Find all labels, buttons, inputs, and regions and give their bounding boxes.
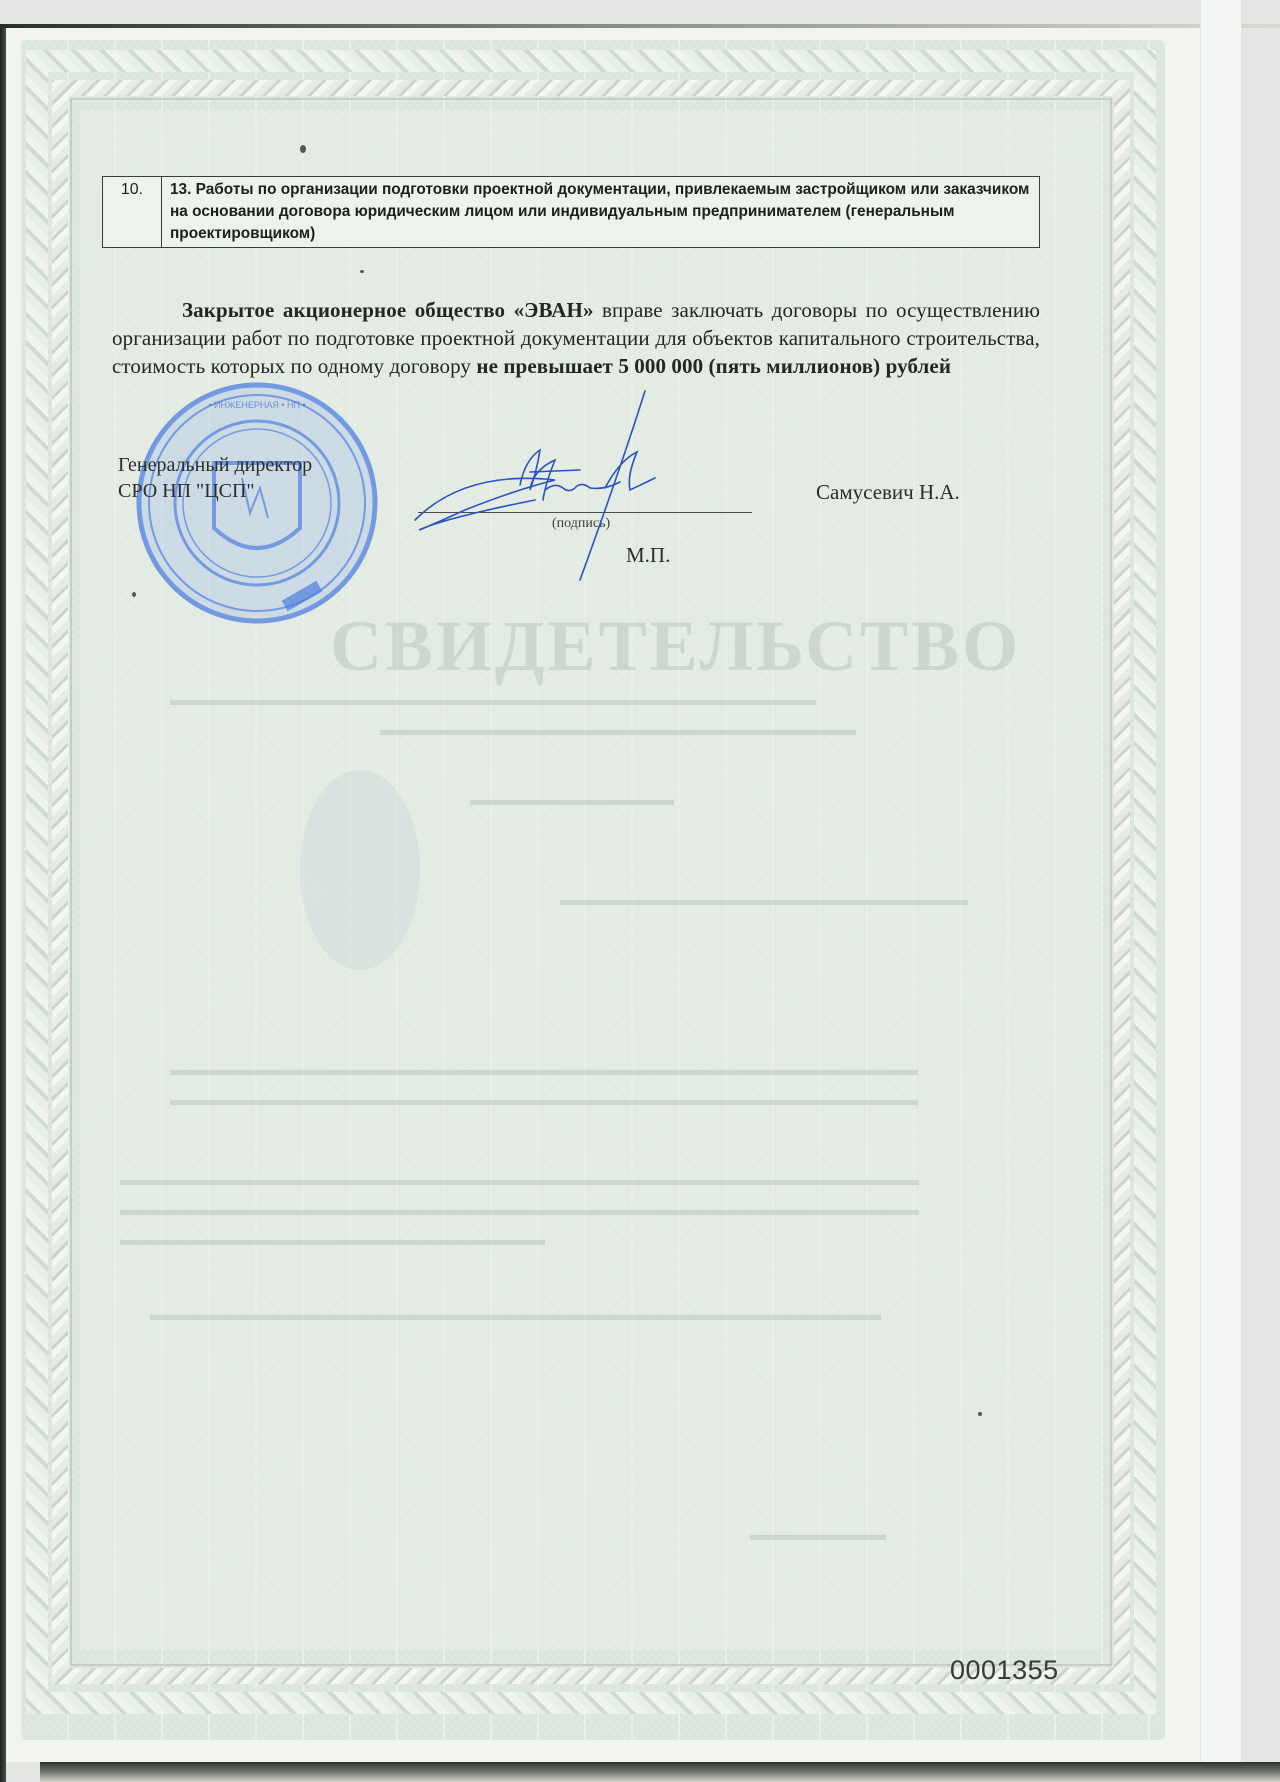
signatory-name: Самусевич Н.А. [816, 480, 960, 505]
speck [360, 270, 364, 273]
speck [132, 592, 136, 597]
speck [300, 145, 306, 153]
signatory-position: Генеральный директор [118, 452, 312, 478]
row-number: 10. [103, 177, 162, 248]
ghost-seal [300, 770, 420, 970]
contract-limit: не превышает 5 000 000 (пять миллионов) … [476, 354, 951, 378]
scan-edge-left [0, 28, 6, 1782]
handwritten-signature-icon [405, 390, 765, 590]
signatory-title: Генеральный директор СРО НП "ЦСП" [118, 452, 312, 504]
company-name: Закрытое акционерное общество «ЭВАН» [182, 298, 594, 322]
scan-edge-top [0, 24, 1280, 28]
speck [978, 1412, 982, 1416]
serial-number: 0001355 [950, 1655, 1059, 1686]
signatory-organization: СРО НП "ЦСП" [118, 478, 312, 504]
svg-text:• ИНЖЕНЕРНАЯ • НП •: • ИНЖЕНЕРНАЯ • НП • [208, 400, 305, 410]
work-type-description: 13. Работы по организации подготовки про… [162, 177, 1040, 248]
permission-paragraph: Закрытое акционерное общество «ЭВАН» впр… [112, 296, 1040, 380]
page-margin-strip [1200, 0, 1241, 1782]
scan-edge-bottom [40, 1762, 1280, 1782]
table-row: 10. 13. Работы по организации подготовки… [103, 177, 1040, 248]
work-types-table: 10. 13. Работы по организации подготовки… [102, 176, 1040, 248]
